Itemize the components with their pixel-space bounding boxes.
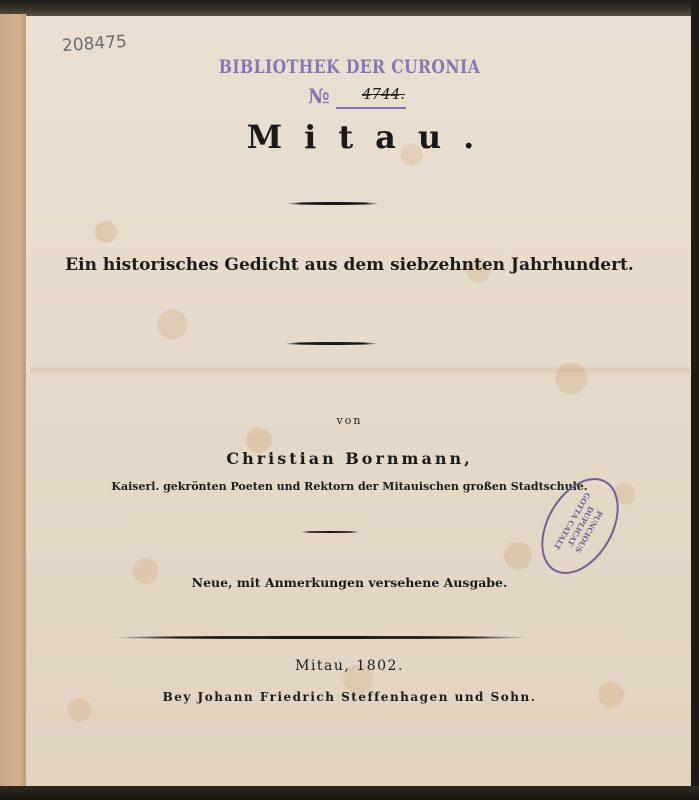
imprint-place-year: Mitau, 1802. [0,658,699,674]
subtitle: Ein historisches Gedicht aus dem siebzeh… [0,255,699,275]
page-title: Mitau. [0,118,699,156]
long-ornamental-rule [112,636,530,639]
library-stamp: BIBLIOTHEK DER CURONIA [63,56,636,78]
library-stamp-underline [336,107,406,109]
ornamental-rule-1 [287,202,379,205]
book-binding-top [0,0,699,16]
edition-note: Neue, mit Anmerkungen versehene Ausgabe. [0,575,699,590]
ornamental-rule-3 [300,531,360,533]
imprint-publisher: Bey Johann Friedrich Steffenhagen und So… [0,690,699,704]
paper-crease [30,365,690,375]
book-binding-bottom [0,786,699,800]
author-name: Christian Bornmann, [0,449,699,468]
by-label: von [0,414,699,427]
shelf-number: 4744. [362,85,405,103]
ornamental-rule-2 [285,342,378,345]
library-stamp-number-label: № [308,84,330,108]
